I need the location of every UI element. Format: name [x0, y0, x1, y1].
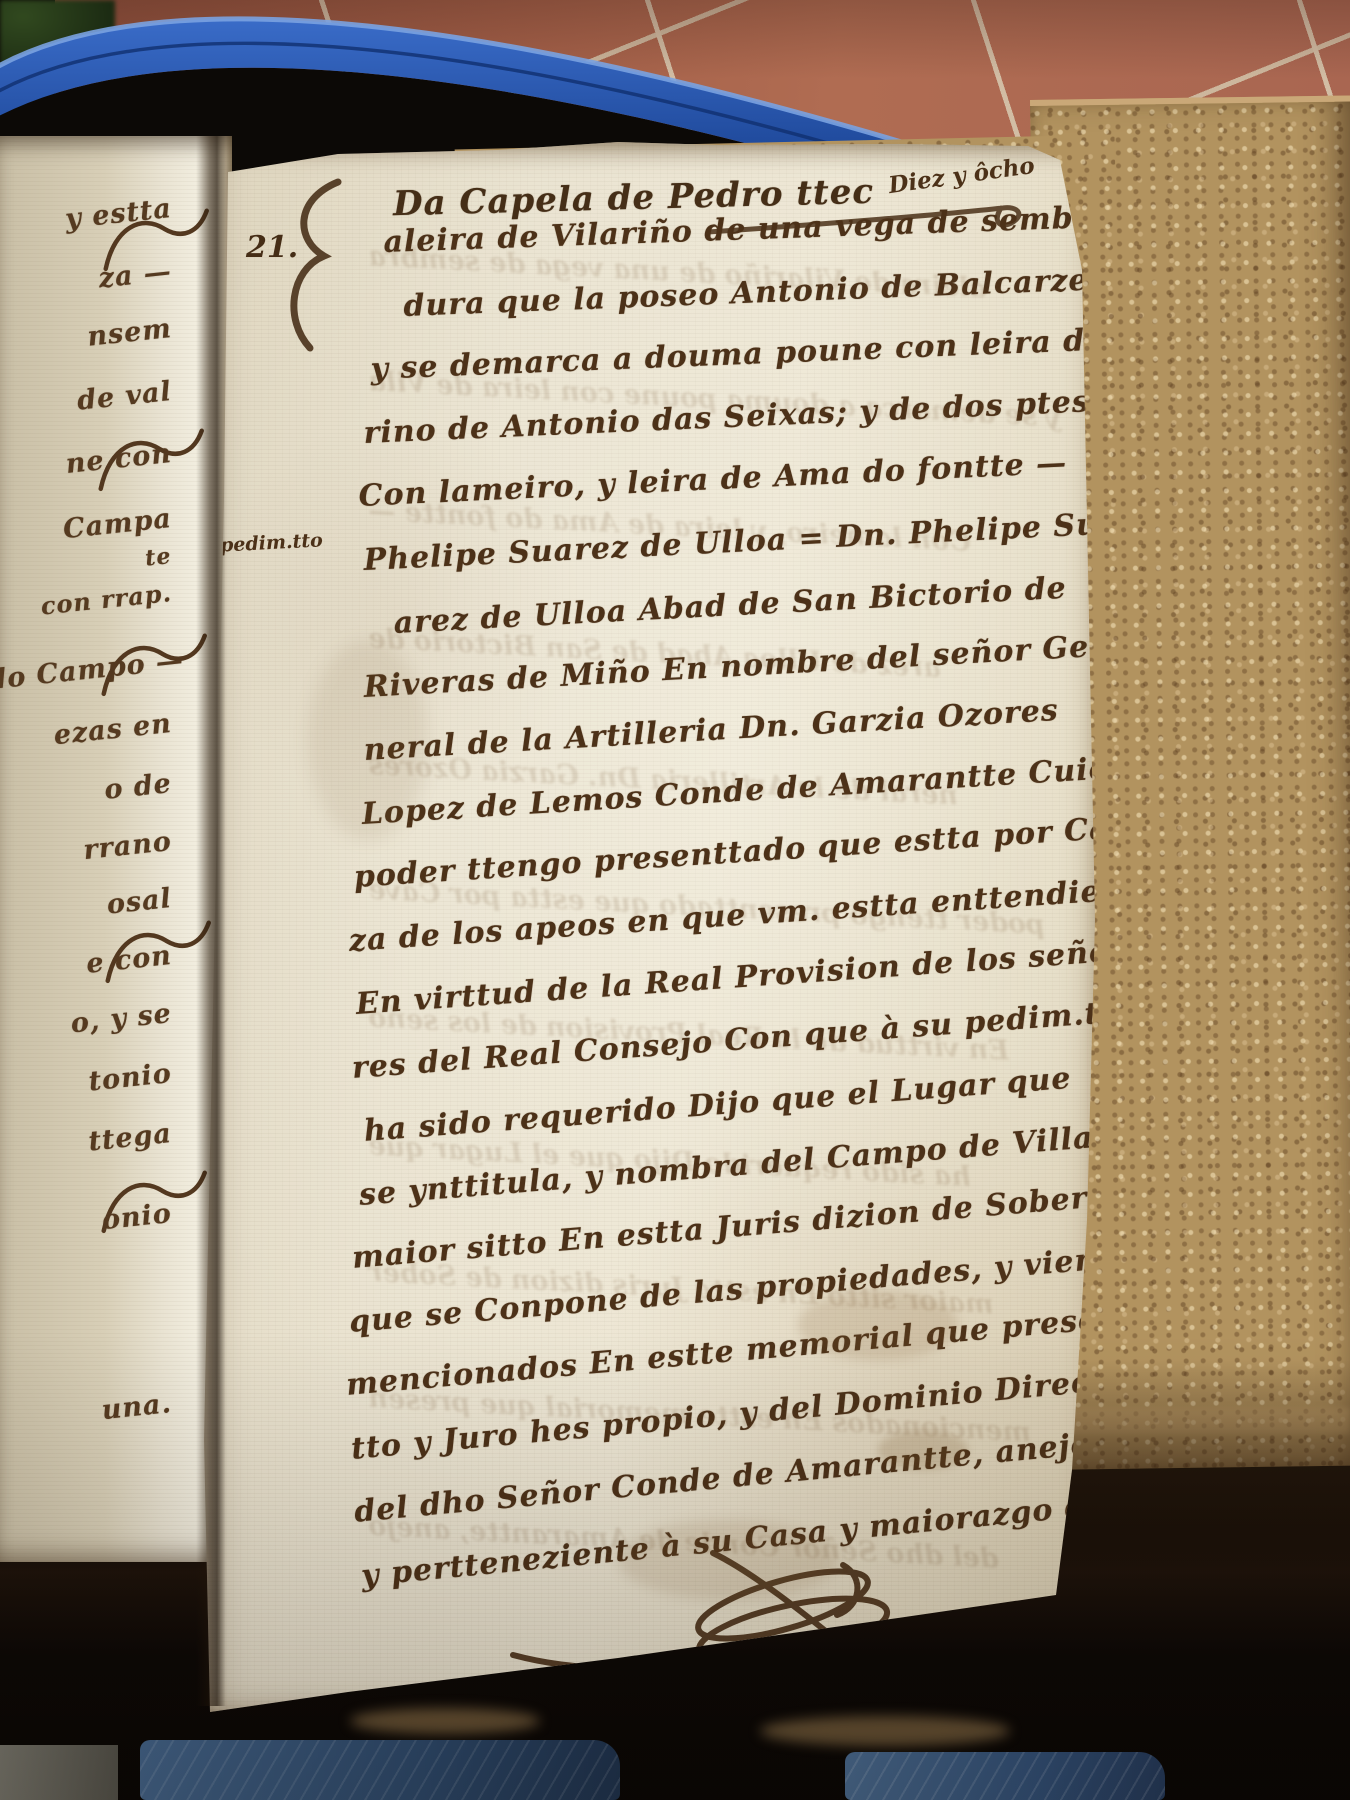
left-page-fragment: ne con [0, 438, 173, 488]
left-page-fragment: ezas en [0, 708, 173, 758]
table-edge-glint [760, 1716, 1010, 1746]
left-page-fragment: o de [0, 768, 173, 818]
floor-patch [0, 1745, 118, 1800]
gutter-shadow [196, 136, 226, 1706]
left-page-fragment: osal [0, 883, 173, 933]
margin-entry-number: 21. [246, 230, 298, 265]
opening-brace-flourish [276, 170, 356, 370]
left-page-fragment: o, y se [0, 998, 173, 1048]
left-page-fragment: e con [0, 940, 173, 990]
denim-patch-right [845, 1752, 1165, 1800]
photo-of-open-manuscript: y estta za — nsem de val ne con Campa te… [0, 0, 1350, 1800]
left-page-fragment: tonio [0, 1058, 173, 1108]
left-page-fragment: y estta [0, 193, 173, 243]
left-page-fragment: onio [0, 1198, 173, 1248]
left-page-fragment: do Campo — [0, 646, 173, 696]
right-page: Da Capela de Pedro ttec Diez y ôcho 21. … [198, 140, 1098, 1718]
margin-note: pedim.tto [219, 529, 323, 556]
left-page-fragment: una. [0, 1388, 173, 1438]
left-page-fragment: nsem [0, 313, 173, 363]
table-edge-glint [350, 1708, 540, 1734]
denim-patch-left [140, 1740, 620, 1800]
left-page-fragment: za — [0, 256, 173, 306]
left-page-fragment: con rrap. [0, 578, 173, 626]
left-page-fragment: de val [0, 376, 173, 426]
folio-number-word: Diez y ôcho [887, 152, 1036, 199]
left-page-fragment: ttega [0, 1118, 173, 1168]
left-page-fragment: rrano [0, 826, 173, 876]
